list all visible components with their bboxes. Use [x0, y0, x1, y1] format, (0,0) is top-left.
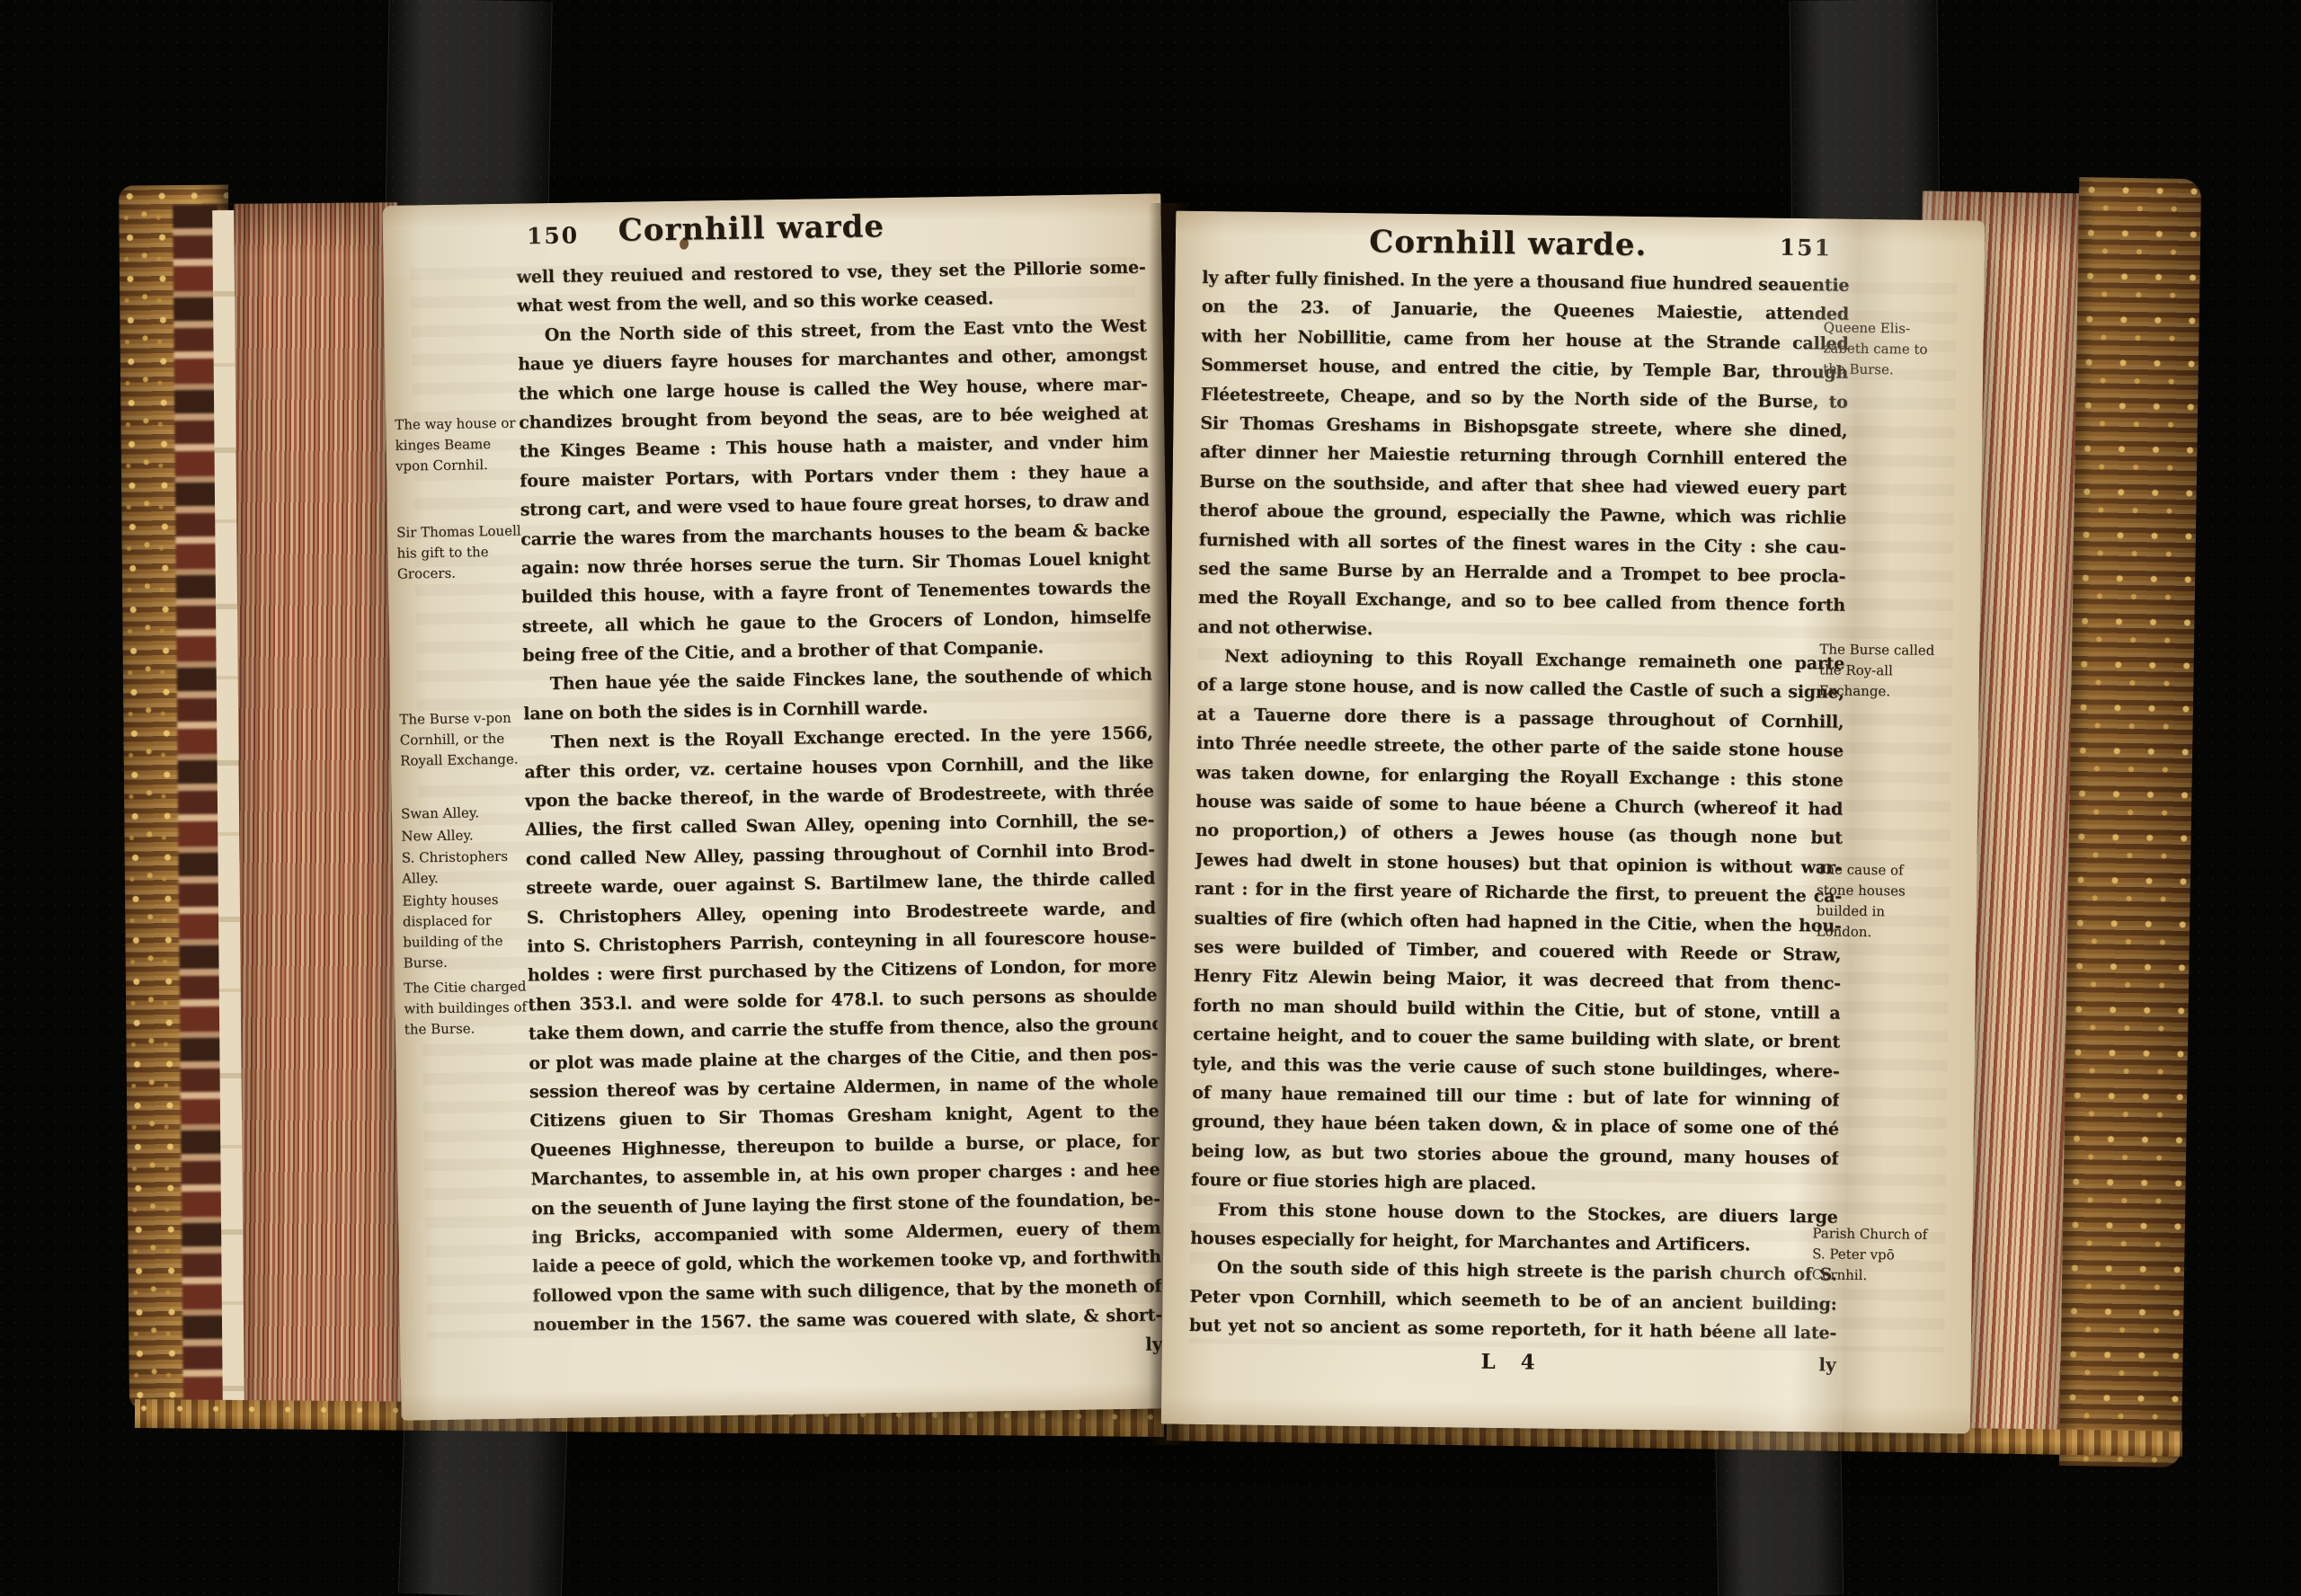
margin-note: The cause of stone houses builded in Lon…	[1816, 859, 1935, 944]
body-text-column: ly after fully finished. In the yere a t…	[1189, 263, 1850, 1348]
margin-note: Sir Thomas Louell his gift to the Grocer…	[396, 520, 523, 584]
margin-note: Eighty houses displaced for building of …	[402, 889, 529, 973]
running-header: Cornhill warde	[563, 208, 941, 250]
margin-note: Swan Alley.	[401, 802, 527, 824]
conservation-strap-bottom-right	[1712, 1257, 1844, 1596]
conservation-strap-top-right	[1790, 0, 1942, 414]
conservation-strap-bottom-left	[398, 1219, 574, 1596]
margin-note: New Alley.	[401, 824, 527, 847]
right-cover-gilt-tooled-edge	[2059, 177, 2202, 1467]
body-text-column: well they reuiued and restored to vse, t…	[516, 253, 1162, 1340]
margin-note: The Citie charged with buildinges of the…	[404, 976, 530, 1040]
photograph-of-open-book: 150 Cornhill warde well they reuiued and…	[0, 0, 2301, 1596]
margin-note: S. Christophers Alley.	[402, 846, 529, 889]
running-header: Cornhill warde.	[1310, 223, 1706, 263]
left-page-stack-fore-edge	[234, 202, 408, 1410]
margin-note: The Burse called the Roy-all Exchange.	[1819, 639, 1939, 703]
margin-note: The Burse v-pon Cornhill, or the Royall …	[399, 707, 526, 771]
margin-note: The way house or kinges Beame vpon Cornh…	[395, 412, 521, 476]
conservation-strap-top-left	[384, 0, 552, 280]
